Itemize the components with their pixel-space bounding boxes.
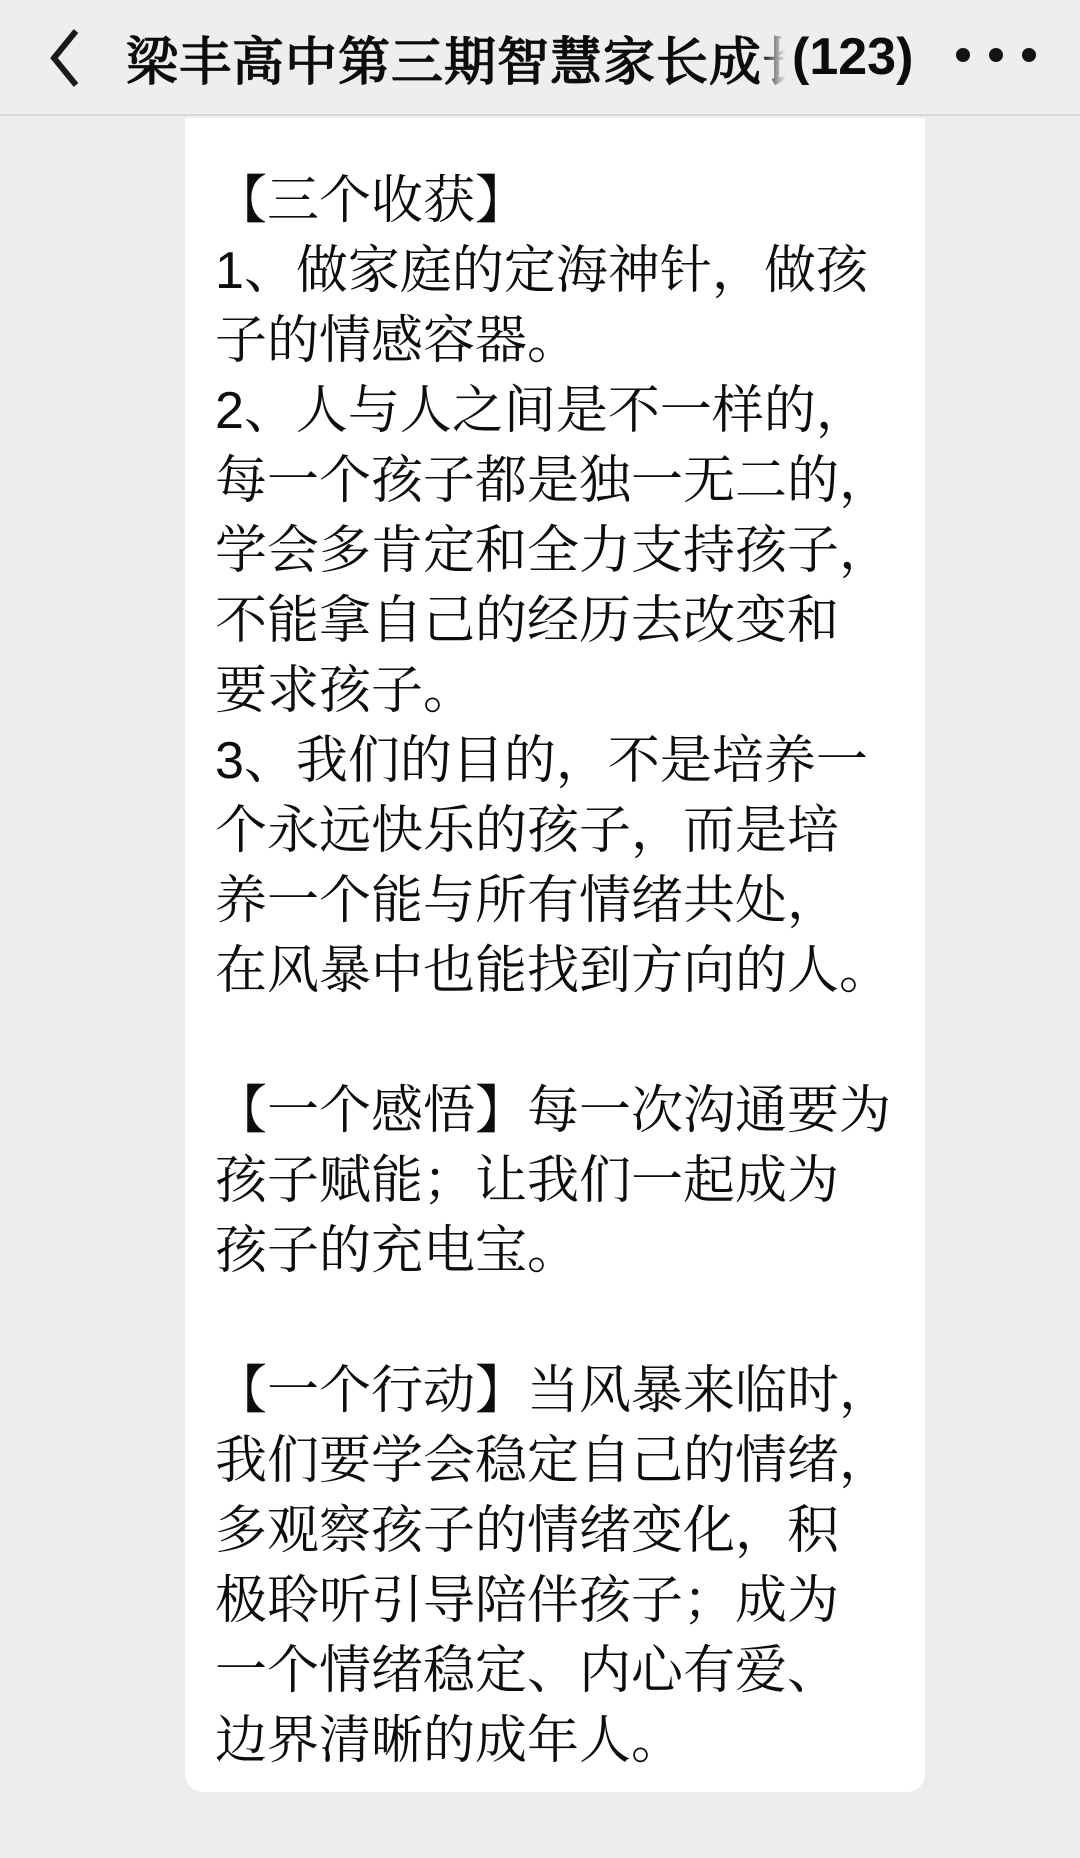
message-line: 个永远快乐的孩子，而是培 [215,796,905,866]
message-line: 孩子的充电宝。 [215,1216,905,1286]
message-line: 我们要学会稳定自己的情绪， [215,1426,905,1496]
message-line: 每一个孩子都是独一无二的， [215,446,905,516]
chat-title: 梁丰高中第三期智慧家长成 [126,20,762,95]
chat-header: 梁丰高中第三期智慧家长成 长 (123) [0,0,1080,116]
chat-message-area[interactable]: 【三个收获】1、做家庭的定海神针，做孩子的情感容器。2、人与人之间是不一样的，每… [0,118,1080,1858]
message-line: 在风暴中也能找到方向的人。 [215,936,905,1006]
message-line: 【一个感悟】每一次沟通要为 [215,1076,905,1146]
member-count: (123) [792,27,913,87]
chat-title-group: 梁丰高中第三期智慧家长成 长 (123) [126,0,913,114]
message-line: 1、做家庭的定海神针，做孩 [215,236,905,306]
message-line: 学会多肯定和全力支持孩子， [215,516,905,586]
message-line: 一个情绪稳定、内心有爱、 [215,1636,905,1706]
ellipsis-icon [956,48,970,62]
message-line: 2、人与人之间是不一样的， [215,376,905,446]
message-text: 【三个收获】1、做家庭的定海神针，做孩子的情感容器。2、人与人之间是不一样的，每… [215,166,905,1776]
message-line: 不能拿自己的经历去改变和 [215,586,905,656]
chevron-left-icon [47,27,81,89]
message-bubble[interactable]: 【三个收获】1、做家庭的定海神针，做孩子的情感容器。2、人与人之间是不一样的，每… [185,118,925,1792]
message-line: 边界清晰的成年人。 [215,1706,905,1776]
more-menu-button[interactable] [956,28,1036,82]
message-line: 养一个能与所有情绪共处， [215,866,905,936]
message-line: 极聆听引导陪伴孩子；成为 [215,1566,905,1636]
chat-title-truncation: 长 [762,20,788,95]
message-line: 要求孩子。 [215,656,905,726]
message-line: 孩子赋能；让我们一起成为 [215,1146,905,1216]
ellipsis-icon [1022,48,1036,62]
message-line: 3、我们的目的，不是培养一 [215,726,905,796]
message-line [215,1286,905,1356]
message-line: 子的情感容器。 [215,306,905,376]
back-button[interactable] [28,10,100,106]
message-line: 【三个收获】 [215,166,905,236]
message-line: 多观察孩子的情绪变化，积 [215,1496,905,1566]
ellipsis-icon [989,48,1003,62]
message-line [215,1006,905,1076]
message-line: 【一个行动】当风暴来临时， [215,1356,905,1426]
